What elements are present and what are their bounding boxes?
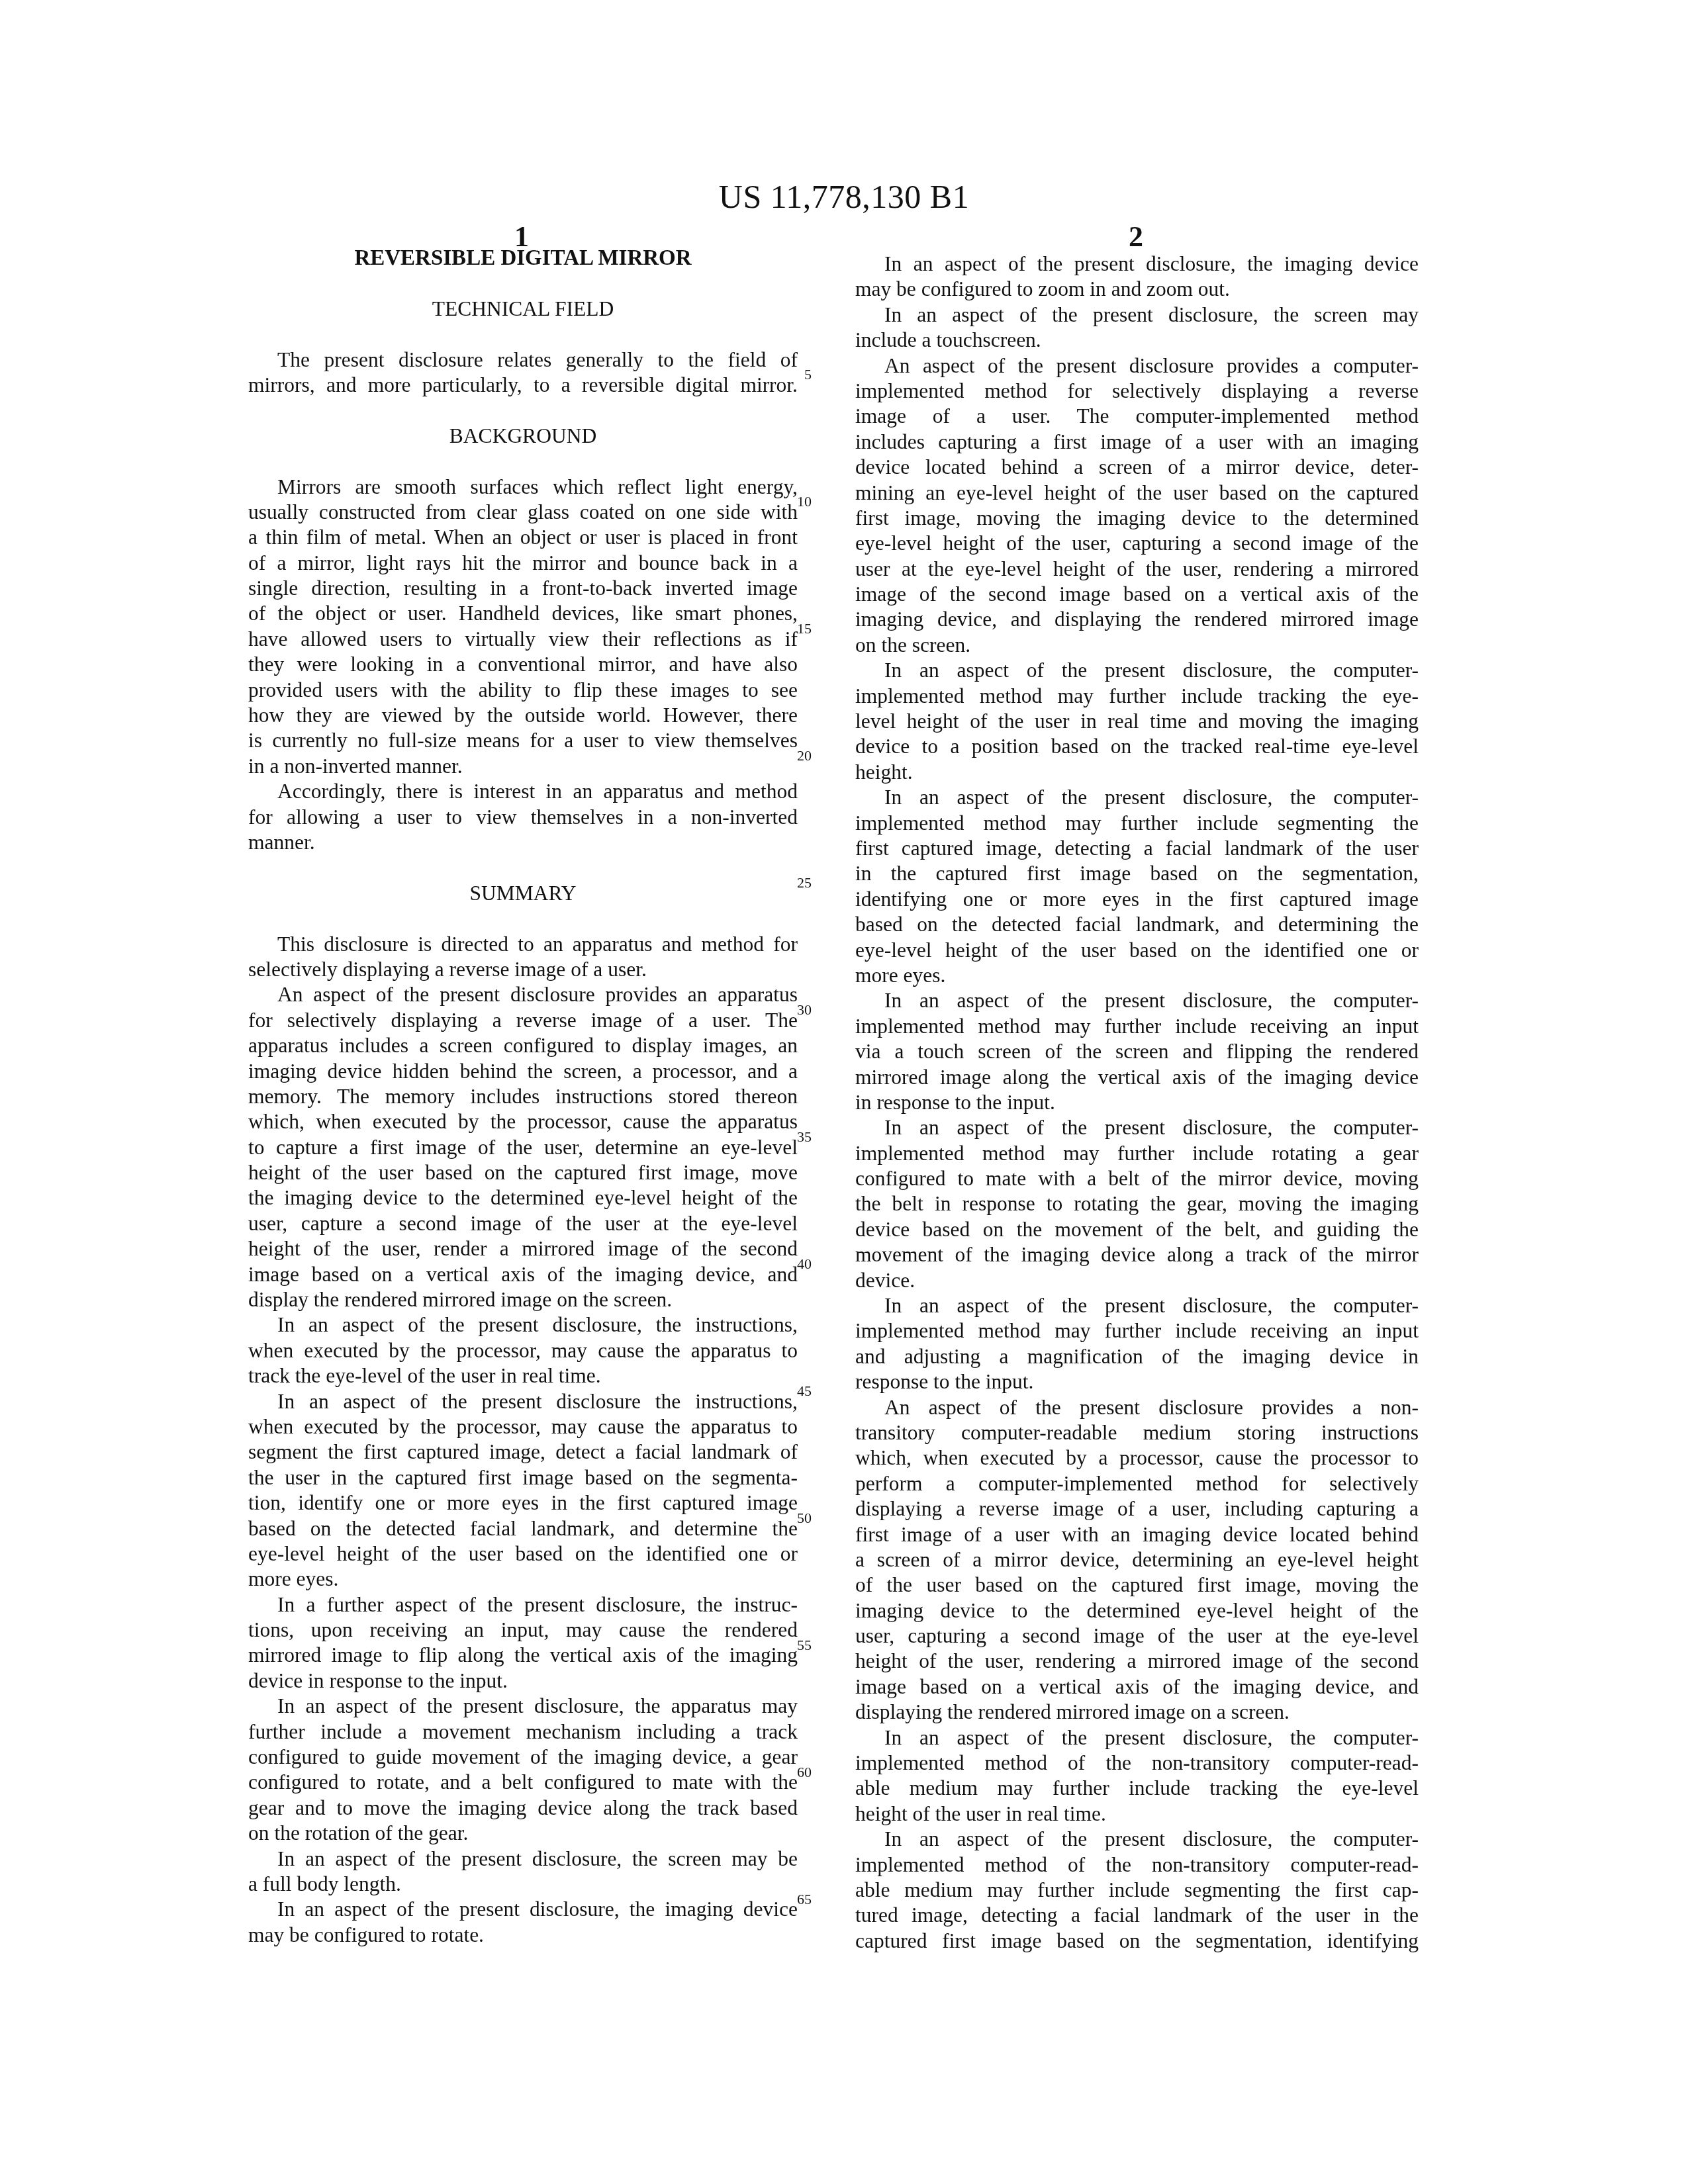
text-line: may be configured to zoom in and zoom ou…	[855, 277, 1419, 302]
text-line: first image of a user with an imaging de…	[855, 1522, 1419, 1547]
text-line: user, capture a second image of the user…	[248, 1211, 798, 1236]
line-number: 50	[781, 1510, 812, 1527]
text-line: when executed by the processor, may caus…	[248, 1414, 798, 1439]
text-line: An aspect of the present disclosure prov…	[855, 1395, 1419, 1420]
text-line: single direction, resulting in a front-t…	[248, 576, 798, 601]
text-line: In an aspect of the present disclosure, …	[855, 1827, 1419, 1852]
text-line: movement of the imaging device along a t…	[855, 1242, 1419, 1267]
text-line: perform a computer-implemented method fo…	[855, 1471, 1419, 1496]
text-line: implemented method may further include r…	[855, 1014, 1419, 1039]
text-line: device in response to the input.	[248, 1668, 798, 1694]
text-line: implemented method may further include r…	[855, 1318, 1419, 1343]
text-line: gear and to move the imaging device alon…	[248, 1796, 798, 1821]
right-text-column: In an aspect of the present disclosure, …	[855, 251, 1419, 1954]
text-line: on the screen.	[855, 633, 1419, 658]
text-line: height of the user, render a mirrored im…	[248, 1236, 798, 1261]
text-line: the imaging device to the determined eye…	[248, 1185, 798, 1210]
text-line: In an aspect of the present disclosure, …	[248, 1846, 798, 1872]
text-line: a thin film of metal. When an object or …	[248, 525, 798, 550]
text-line: mirrored image along the vertical axis o…	[855, 1065, 1419, 1090]
text-line: An aspect of the present disclosure prov…	[855, 353, 1419, 379]
blank-line	[248, 322, 798, 347]
blank-line	[248, 855, 798, 880]
section-heading: BACKGROUND	[248, 424, 798, 449]
text-line: of the object or user. Handheld devices,…	[248, 601, 798, 626]
text-line: is currently no full-size means for a us…	[248, 728, 798, 753]
text-line: image based on a vertical axis of the im…	[855, 1674, 1419, 1700]
text-line: eye-level height of the user based on th…	[248, 1541, 798, 1567]
text-line: which, when executed by the processor, c…	[248, 1109, 798, 1134]
text-line: memory. The memory includes instructions…	[248, 1084, 798, 1109]
text-line: In an aspect of the present disclosure, …	[855, 1725, 1419, 1751]
text-line: In a further aspect of the present discl…	[248, 1592, 798, 1617]
text-line: response to the input.	[855, 1369, 1419, 1394]
text-line: In an aspect of the present disclosure, …	[855, 1293, 1419, 1318]
text-line: configured to guide movement of the imag…	[248, 1745, 798, 1770]
line-number: 30	[781, 1001, 812, 1019]
text-line: of a mirror, light rays hit the mirror a…	[248, 551, 798, 576]
text-line: of the user based on the captured first …	[855, 1572, 1419, 1598]
blank-line	[248, 906, 798, 931]
left-text-column: REVERSIBLE DIGITAL MIRRORTECHNICAL FIELD…	[248, 246, 798, 1948]
text-line: device to a position based on the tracke…	[855, 734, 1419, 759]
text-line: eye-level height of the user based on th…	[855, 938, 1419, 963]
text-line: device located behind a screen of a mirr…	[855, 455, 1419, 480]
text-line: implemented method of the non-transitory…	[855, 1852, 1419, 1878]
text-line: implemented method for selectively displ…	[855, 379, 1419, 404]
text-line: usually constructed from clear glass coa…	[248, 500, 798, 525]
text-line: Accordingly, there is interest in an app…	[248, 779, 798, 804]
text-line: display the rendered mirrored image on t…	[248, 1287, 798, 1312]
text-line: configured to mate with a belt of the mi…	[855, 1166, 1419, 1191]
line-number: 60	[781, 1764, 812, 1781]
text-line: image of the second image based on a ver…	[855, 582, 1419, 607]
blank-line	[248, 449, 798, 474]
text-line: able medium may further include segmenti…	[855, 1878, 1419, 1903]
text-line: In an aspect of the present disclosure, …	[855, 988, 1419, 1013]
text-line: displaying a reverse image of a user, in…	[855, 1496, 1419, 1522]
text-line: configured to rotate, and a belt configu…	[248, 1770, 798, 1795]
text-line: device.	[855, 1268, 1419, 1293]
text-line: for allowing a user to view themselves i…	[248, 805, 798, 830]
text-line: level height of the user in real time an…	[855, 709, 1419, 734]
text-line: In an aspect of the present disclosure, …	[855, 302, 1419, 328]
text-line: displaying the rendered mirrored image o…	[855, 1700, 1419, 1725]
text-line: imaging device to the determined eye-lev…	[855, 1598, 1419, 1623]
text-line: implemented method may further include s…	[855, 811, 1419, 836]
text-line: In an aspect of the present disclosure, …	[248, 1694, 798, 1719]
text-line: which, when executed by a processor, cau…	[855, 1445, 1419, 1471]
section-heading: SUMMARY	[248, 881, 798, 906]
text-line: includes capturing a first image of a us…	[855, 430, 1419, 455]
text-line: based on the detected facial landmark, a…	[855, 912, 1419, 937]
text-line: eye-level height of the user, capturing …	[855, 531, 1419, 556]
text-line: tured image, detecting a facial landmark…	[855, 1903, 1419, 1928]
text-line: transitory computer-readable medium stor…	[855, 1420, 1419, 1445]
text-line: tion, identify one or more eyes in the f…	[248, 1490, 798, 1516]
text-line: In an aspect of the present disclosure, …	[248, 1312, 798, 1338]
text-line: in the captured first image based on the…	[855, 861, 1419, 886]
text-line: device based on the movement of the belt…	[855, 1217, 1419, 1242]
text-line: a screen of a mirror device, determining…	[855, 1547, 1419, 1572]
text-line: able medium may further include tracking…	[855, 1776, 1419, 1801]
text-line: This disclosure is directed to an appara…	[248, 932, 798, 957]
text-line: height of the user, rendering a mirrored…	[855, 1649, 1419, 1674]
text-line: based on the detected facial landmark, a…	[248, 1516, 798, 1541]
text-line: implemented method of the non-transitory…	[855, 1751, 1419, 1776]
text-line: first captured image, detecting a facial…	[855, 836, 1419, 861]
line-number: 40	[781, 1255, 812, 1273]
text-line: when executed by the processor, may caus…	[248, 1338, 798, 1363]
text-line: tions, upon receiving an input, may caus…	[248, 1617, 798, 1643]
line-number: 45	[781, 1383, 812, 1400]
text-line: user at the eye-level height of the user…	[855, 557, 1419, 582]
text-line: height of the user based on the captured…	[248, 1160, 798, 1185]
text-line: mining an eye-level height of the user b…	[855, 480, 1419, 506]
text-line: more eyes.	[248, 1567, 798, 1592]
text-line: user, capturing a second image of the us…	[855, 1623, 1419, 1649]
text-line: how they are viewed by the outside world…	[248, 703, 798, 728]
text-line: to capture a first image of the user, de…	[248, 1135, 798, 1160]
line-number: 15	[781, 620, 812, 637]
text-line: imaging device, and displaying the rende…	[855, 607, 1419, 632]
text-line: provided users with the ability to flip …	[248, 678, 798, 703]
text-line: more eyes.	[855, 963, 1419, 988]
text-line: for selectively displaying a reverse ima…	[248, 1008, 798, 1033]
text-line: identifying one or more eyes in the firs…	[855, 887, 1419, 912]
blank-line	[248, 398, 798, 423]
text-line: Mirrors are smooth surfaces which reflec…	[248, 475, 798, 500]
text-line: include a touchscreen.	[855, 328, 1419, 353]
text-line: captured first image based on the segmen…	[855, 1929, 1419, 1954]
line-number: 35	[781, 1128, 812, 1146]
text-line: imaging device hidden behind the screen,…	[248, 1059, 798, 1084]
section-heading: TECHNICAL FIELD	[248, 296, 798, 322]
text-line: selectively displaying a reverse image o…	[248, 957, 798, 982]
text-line: image of a user. The computer-implemente…	[855, 404, 1419, 429]
text-line: a full body length.	[248, 1872, 798, 1897]
column-number-right: 2	[1116, 220, 1156, 253]
text-line: mirrors, and more particularly, to a rev…	[248, 373, 798, 398]
text-line: first image, moving the imaging device t…	[855, 506, 1419, 531]
text-line: they were looking in a conventional mirr…	[248, 652, 798, 677]
text-line: on the rotation of the gear.	[248, 1821, 798, 1846]
line-number: 65	[781, 1891, 812, 1908]
text-line: implemented method may further include t…	[855, 684, 1419, 709]
text-line: mirrored image to flip along the vertica…	[248, 1643, 798, 1668]
text-line: via a touch screen of the screen and fli…	[855, 1039, 1419, 1064]
text-line: and adjusting a magnification of the ima…	[855, 1344, 1419, 1369]
text-line: image based on a vertical axis of the im…	[248, 1262, 798, 1287]
text-line: height.	[855, 760, 1419, 785]
line-number: 10	[781, 493, 812, 510]
text-line: height of the user in real time.	[855, 1801, 1419, 1827]
text-line: In an aspect of the present disclosure, …	[248, 1897, 798, 1922]
text-line: apparatus includes a screen configured t…	[248, 1033, 798, 1058]
text-line: the belt in response to rotating the gea…	[855, 1191, 1419, 1216]
text-line: manner.	[248, 830, 798, 855]
text-line: The present disclosure relates generally…	[248, 347, 798, 373]
text-line: implemented method may further include r…	[855, 1141, 1419, 1166]
line-number: 25	[781, 874, 812, 891]
patent-number: US 11,778,130 B1	[0, 177, 1688, 216]
text-line: may be configured to rotate.	[248, 1923, 798, 1948]
text-line: In an aspect of the present disclosure, …	[855, 1115, 1419, 1140]
section-heading: REVERSIBLE DIGITAL MIRROR	[248, 246, 798, 271]
line-number: 20	[781, 747, 812, 764]
text-line: In an aspect of the present disclosure t…	[248, 1389, 798, 1414]
line-number: 5	[781, 366, 812, 383]
text-line: An aspect of the present disclosure prov…	[248, 982, 798, 1007]
text-line: in response to the input.	[855, 1090, 1419, 1115]
text-line: further include a movement mechanism inc…	[248, 1719, 798, 1745]
text-line: In an aspect of the present disclosure, …	[855, 785, 1419, 810]
text-line: the user in the captured first image bas…	[248, 1465, 798, 1490]
text-line: In an aspect of the present disclosure, …	[855, 251, 1419, 277]
line-number: 55	[781, 1637, 812, 1654]
text-line: have allowed users to virtually view the…	[248, 627, 798, 652]
text-line: track the eye-level of the user in real …	[248, 1363, 798, 1388]
blank-line	[248, 271, 798, 296]
text-line: In an aspect of the present disclosure, …	[855, 658, 1419, 683]
text-line: in a non-inverted manner.	[248, 754, 798, 779]
text-line: segment the first captured image, detect…	[248, 1439, 798, 1465]
